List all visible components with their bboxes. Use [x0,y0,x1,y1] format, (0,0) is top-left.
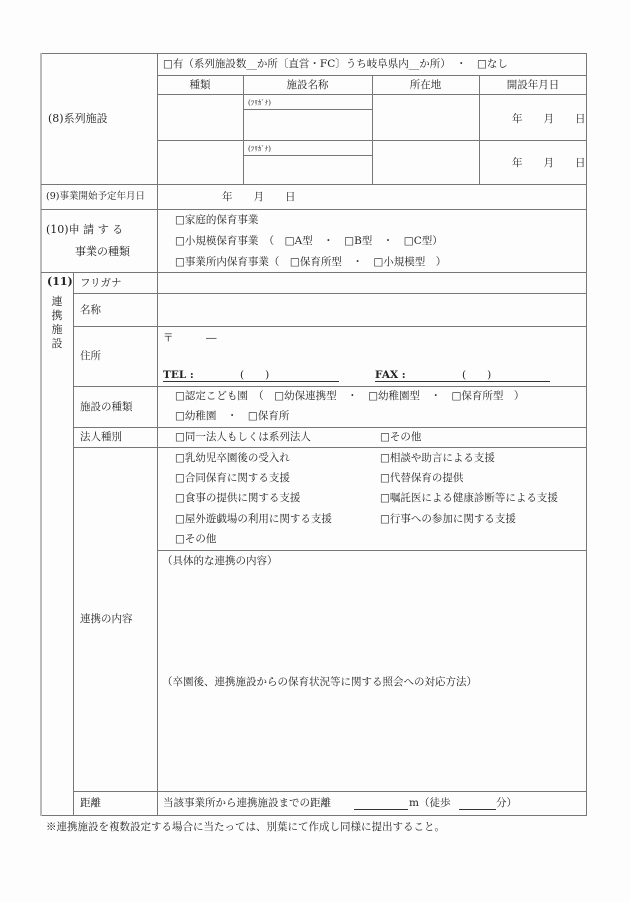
divider [157,550,587,551]
address-row-label: 住所 [80,349,101,363]
tel-underline [163,381,339,382]
business-type-option[interactable]: □家庭的保育事業 [175,213,258,227]
header-location: 所在地 [372,78,479,92]
divider [41,209,587,210]
support-option[interactable]: □食事の提供に関する支援 [175,491,300,505]
support-option[interactable]: □相談や助言による支援 [380,451,495,465]
facility-type-label: 施設の種類 [80,400,133,414]
footnote: ※連携施設を複数設定する場合に当たっては、別葉にて作成し同様に提出すること。 [46,820,445,834]
business-type-option[interactable]: □小規模保育事業 （ □A型 ・ □B型 ・ □C型） [175,234,443,248]
series-facility-options[interactable]: □有（系列施設数__か所〔直営・FC〕うち岐阜県内__か所） ・ □なし [163,57,508,71]
start-date-field[interactable]: 年 月 日 [222,190,296,204]
tel-paren[interactable]: ( ) [240,368,269,382]
support-option[interactable]: □行事への参加に関する支援 [380,512,516,526]
divider [73,386,587,387]
divider [73,427,587,428]
fax-label: FAX : [375,368,406,382]
header-facility-name: 施設名称 [243,78,372,92]
fax-underline [375,381,550,382]
support-option[interactable]: □合同保育に関する支援 [175,471,290,485]
support-option[interactable]: □嘱託医による健康診断等による支援 [380,491,558,505]
distance-unit-m: m（徒歩 [409,796,450,810]
section8-label: (8)系列施設 [48,112,108,126]
section9-label: (9)事業開始予定年月日 [46,190,145,204]
divider [73,293,587,294]
table-left-edge [40,53,42,816]
inquiry-input-area[interactable] [160,692,584,788]
distance-unit-min: 分） [496,796,517,810]
header-opening-date: 開設年月日 [479,78,587,92]
walking-minutes-field[interactable] [459,809,496,810]
postal-dash: ― [206,331,217,345]
facility-type-options[interactable]: □幼稚園 ・ □保育所 [175,409,289,423]
corp-type-label: 法人種別 [80,430,122,444]
support-option[interactable]: □その他 [175,532,216,546]
distance-text: 当該事業所から連携施設までの距離 [163,796,331,810]
content-input-area[interactable] [160,572,584,672]
divider [73,326,587,327]
support-option[interactable]: □代替保育の提供 [380,471,463,485]
postal-mark: 〒 [163,331,174,345]
content-label: 連携の内容 [80,612,133,626]
corp-type-option[interactable]: □同一法人もしくは系列法人 [175,430,311,444]
content-heading-inquiry: （卒園後、連携施設からの保育状況等に関する照会への対応方法） [162,675,477,689]
furigana-row-label: フリガナ [80,276,121,290]
fax-paren[interactable]: ( ) [462,368,491,382]
label-column-divider [157,53,158,816]
header-type: 種類 [157,78,243,92]
divider [73,791,587,792]
opening-date-field[interactable]: 年 月 日 [512,112,586,126]
content-heading-specific: （具体的な連携の内容） [162,554,278,568]
section11-number: (11) [47,275,73,289]
divider [41,184,587,185]
tel-label: TEL : [163,368,194,382]
support-option[interactable]: □乳幼児卒園後の受入れ [175,451,290,465]
section10-label-line1: (10)申 請 す る [46,223,123,237]
distance-label: 距離 [80,796,101,810]
corp-type-option[interactable]: □その他 [380,430,421,444]
divider [41,272,587,273]
name-row-label: 名称 [80,303,101,317]
distance-meters-field[interactable] [354,809,408,810]
support-option[interactable]: □屋外遊戯場の利用に関する支援 [175,512,332,526]
furigana-label: (ﾌﾘｶﾞﾅ) [248,142,271,156]
business-type-option[interactable]: □事業所内保育事業（ □保育所型 ・ □小規模型 ） [175,255,446,269]
sub-column-divider [73,272,74,816]
section11-vertical-label: 連携施設 [50,295,64,351]
furigana-label: (ﾌﾘｶﾞﾅ) [248,96,271,110]
facility-type-options[interactable]: □認定こども園 （ □幼保連携型 ・ □幼稚園型 ・ □保育所型 ） [175,389,524,403]
section10-label-line2: 事業の種類 [75,245,130,259]
divider [73,447,587,448]
opening-date-field[interactable]: 年 月 日 [512,156,586,170]
